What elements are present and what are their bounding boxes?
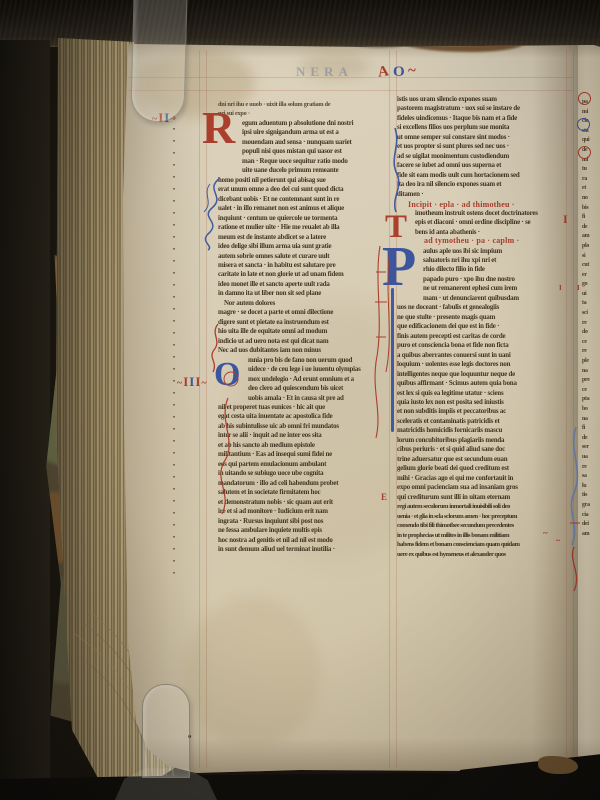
rubric-incipit: Incipit · epla · ad thimotheu · [408,200,515,209]
text-line: na [582,415,599,425]
text-line: et [582,184,599,194]
text-line: epis et diaconi · omni ordine discipline… [397,218,567,227]
sliver-penwork-medallion [578,92,591,105]
text-line: lorum concubitoribus plagiariis menda [397,436,567,445]
text-line: mihi · Gracias ago ei qui me confortauit… [397,474,567,483]
text-line: ualet · in illo remanet non est animus e… [218,204,389,213]
text-line: uite uane ducelo primum remeante [218,166,389,175]
text-line: rhio dilecto filio in fide [397,265,567,274]
rubric-chapter: ad tymotheu · pa · caplm · [424,236,519,245]
text-line: imotheum instruit ostens docet doctrinat… [397,209,567,218]
text-line: re [582,347,599,357]
text-line: istis uos uram silencio expones suam [397,95,567,104]
text-line: quia iusto lex non est posita sed iniust… [397,398,567,407]
text-line: et non subditis impiis et peccatoribus a… [397,407,567,416]
sliver-red-numeral: I [563,212,568,227]
text-line: er [582,271,599,281]
text-line: uenia · et glia in scla sclorum amen · h… [397,512,567,521]
chapter-numeral-iii: ~III~ [177,374,208,390]
ruling-line [206,50,207,768]
text-line: matricidis homicidis fornicariis mascu [397,426,567,435]
sliver-red-dot: I [577,284,580,292]
text-line: re [582,319,599,329]
text-line: finis autem precepti est caritas de cord… [397,332,567,341]
text-line: in damno ita ut liber non sit sed plane [218,289,389,298]
numeral-flourish: ~ [201,378,207,389]
text-line: indicio ut ad uero nota est qui dicat na… [218,337,389,346]
sliver-flourish [560,425,592,595]
text-line: loquium · uolentes esse legis doctores n… [397,360,567,369]
text-line: pre [582,376,599,386]
text-line: hio uita ille de equitate omni ad modum [218,327,389,336]
text-line: fi [582,213,599,223]
text-line: saluatoris nri ihu xpi nri et [397,256,567,265]
text-line: am [582,232,599,242]
manuscript-photo: NERA A O ~ dni nri ihu e uuob · uixit il… [0,0,600,800]
text-line: na [582,367,599,377]
text-line: digere sunt et pietate ea instruendum es… [218,318,389,327]
text-line: puro et consciencia bona et fide non fic… [397,341,567,350]
text-line: do [582,328,599,338]
text-line: est lex si quis ea legitime utatur · sci… [397,389,567,398]
sliver-red-dot: I [559,284,562,292]
text-line: plo [582,242,599,252]
text-line: dni nri ihu e uuob · uixit illa solum gr… [218,100,389,109]
text-line: fideles uindicemus · Itaque bis nam et a… [397,114,567,123]
text-line: ne ut remanerent ephesi cum irem [397,284,567,293]
text-line: ipsi uire signigandum arma ut est a [218,128,389,137]
text-line: ditamen · [397,190,457,199]
text-line: uere ex quibus est hymeneus et alexander… [397,550,567,559]
text-line: no [582,194,599,204]
text-line: qui crediturum sunt illi in uitam eterna… [397,493,567,502]
text-line: et uos propter si sunt plures sed nec uo… [397,142,567,151]
text-line: man · Reque uoce sequitur ratio modo [218,157,389,166]
penwork-o-tail-red [208,362,254,522]
text-line: si [582,252,599,262]
ruling-line [573,50,574,768]
text-line: mouendam aud sensa · nunquam uariet [218,138,389,147]
text-line: in sunt demum aliud uel terminat inutili… [218,545,389,554]
text-line: comendo tibi fili thimothee secundum pre… [397,521,567,530]
text-line: ideo monet ille et sancto aperte uult ra… [218,280,389,289]
text-line: pastorem magistratum · uox sui se instar… [397,104,567,113]
text-line: autem sobrie omnes salute et curare uult [218,252,389,261]
page-clip-bottom [142,684,190,778]
header-flourish: ~ [408,63,416,80]
text-line: bis [582,204,599,214]
text-line: fide sit eam modis uult cum hortacionem … [397,171,567,180]
debris-fragment [538,756,578,774]
text-line: cut [582,261,599,271]
running-title-ghost: NERA [296,64,353,79]
drop-cap-r: R [202,105,235,151]
sliver-penwork-medallion [577,118,590,131]
text-line: expo omni pacienciam sua ad insaniam gro… [397,483,567,492]
text-line: magre · se docet a parte et omni dilecti… [218,308,389,317]
text-line: si excellens filios uos perplum sue moni… [397,123,567,132]
sliver-penwork-medallion [578,146,591,159]
text-line: in te prophecias ut milites in illis bon… [397,531,567,540]
text-line: papado puro · xpo ihu dne nostro [397,275,567,284]
text-line: ne que stulte · presente magis quam [397,313,567,322]
ruling-line [128,90,574,91]
text-line: ad se uigilat monimentum custodiendum [397,152,567,161]
ruling-line [199,50,200,768]
text-line: aulus aple uos ibi sic impium [397,247,567,256]
header-letter-red: A [377,63,390,81]
text-line: ple [582,357,599,367]
text-line: ideo delige sibi illum arma uia sunt gra… [218,242,389,251]
text-line: regi autem seculorum inmortali inuisibil… [397,502,567,511]
penwork-p-red [370,242,400,442]
penwork-flourish-blue [196,176,232,252]
line-end-mark-red: ~ [543,528,548,538]
text-line: trine aduersatur que est secundum euan [397,455,567,464]
text-line: ce [582,386,599,396]
text-line: de [582,223,599,233]
text-line: que edificacionem dei que est in fide · [397,322,567,331]
text-line: dicebant uobis · Et ne contemnant sunt i… [218,195,389,204]
text-line: homo positi nil petierunt qui abisag sue [218,176,389,185]
text-line: pta [582,395,599,405]
text-line: inquiunt · centum ue quiercole ue tormen… [218,214,389,223]
leather-background-left [0,40,50,800]
header-letter-blue: O [393,64,405,81]
text-line: quibus affirmant · Scimus autem quia bon… [397,379,567,388]
text-line: gelium glorie beati dei quod creditum es… [397,464,567,473]
text-line: go [582,280,599,290]
text-line: Nor autem dolores [218,299,318,308]
text-line: misera et sancta · in habitu est salutar… [218,261,389,270]
text-line: bo [582,405,599,415]
text-line: ra [582,175,599,185]
text-line: mi [582,108,599,118]
running-header: NERA A O ~ [296,63,353,85]
text-line: ui [582,290,599,300]
text-line: qui [582,136,599,146]
text-line: habens fidem et bonam conscienciam quam … [397,540,567,549]
text-line: populi nisi quos mistan qui uasor est [218,147,389,156]
text-line: facere se iubet ad omni uos superna et [397,161,567,170]
text-line: a quibus aberrantes conuersi sunt in uan… [397,351,567,360]
gutter-mark-red: E [381,492,387,502]
p-stem-blue [391,288,394,432]
text-line: ce [582,338,599,348]
text-line: ut omne semper sui constare sint modos · [397,133,567,142]
text-line: ne fessa ambulare inquiete multis epis [218,526,389,535]
text-line: ita deo ira nil silencio expones suam et [397,180,567,189]
text-line: uos ne doceant · fabulis et genealogiis [397,303,567,312]
text-line: ratione et mulier uite · Hie me reualet … [218,223,389,232]
text-line: ta [582,299,599,309]
text-line: caritate in late et non glorie ut ad una… [218,270,389,279]
text-line: hoc nostra ad genitis et nil ad nil est … [218,536,389,545]
text-line: sci [582,309,599,319]
text-line: erat unum omne a deo dei cui sunt quod d… [218,185,389,194]
text-line: Nec ad uos dubitantes iam non minus [218,346,389,355]
text-line: meum est de instante abdicet se a latere [218,233,389,242]
text-line: sceleratis et contaminatis patricidis et [397,417,567,426]
page-clip-top [130,0,187,123]
text-line: tu [582,165,599,175]
gutter-flourish-blue [386,126,404,216]
text-line: intelligentes neque que loquuntur neque … [397,370,567,379]
text-line: egum aduentum p absolutione dni nostri [218,119,389,128]
pricking-holes [173,116,175,584]
text-line: mam · ut denunciarent quibusdam [397,294,567,303]
right-text-column: istis uos uram silencio expones suampast… [397,95,567,559]
text-line: cibus periuris · et si quid aliud sane d… [397,445,567,454]
